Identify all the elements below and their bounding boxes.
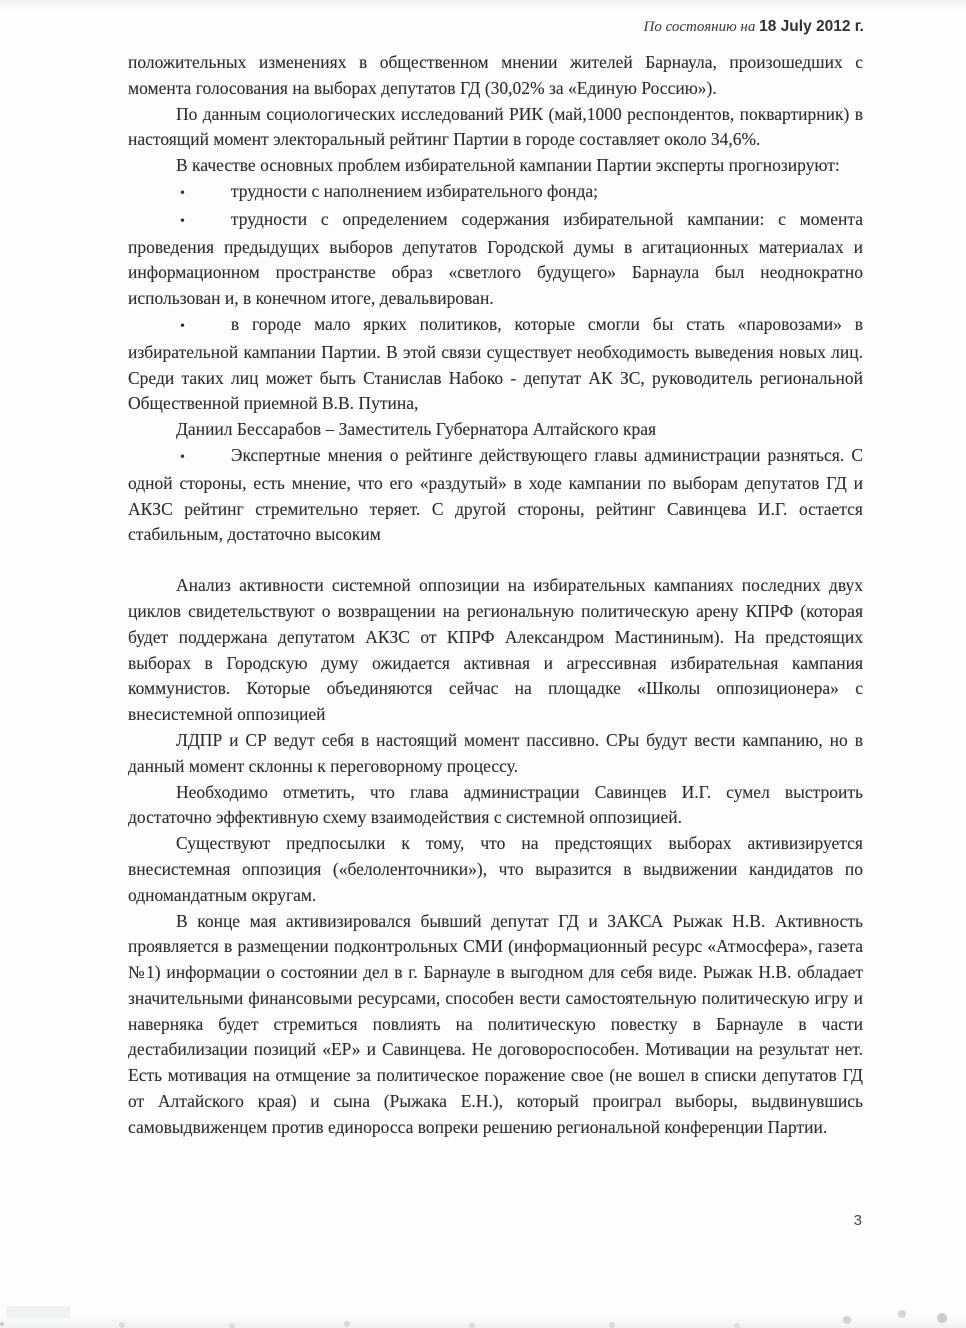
paragraph: Необходимо отметить, что глава администр… — [128, 780, 863, 832]
bullet-item: •трудности с определением содержания изб… — [128, 207, 863, 312]
paragraph-text: Экспертные мнения о рейтинге действующег… — [128, 445, 863, 544]
bullet-item: •в городе мало ярких политиков, которые … — [128, 312, 863, 417]
paragraph: По данным социологических исследований Р… — [128, 102, 863, 154]
paragraph: Анализ активности системной оппозиции на… — [128, 573, 863, 728]
paragraph-text: трудности с определением содержания изби… — [128, 209, 863, 308]
paragraph-text: положительных изменениях в общественном … — [128, 52, 863, 98]
paragraph-text: В качестве основных проблем избирательно… — [176, 155, 840, 175]
paragraph-text: трудности с наполнением избирательного ф… — [231, 181, 598, 201]
scan-top-edge — [0, 0, 966, 10]
paragraph: положительных изменениях в общественном … — [128, 50, 863, 102]
scanned-document-page: По состоянию на 18 July 2012 г. положите… — [0, 0, 966, 1328]
bullet-icon: • — [180, 450, 185, 465]
bullet-item: •трудности с наполнением избирательного … — [128, 179, 863, 207]
document-body: положительных изменениях в общественном … — [128, 50, 863, 1141]
paragraph-text: Анализ активности системной оппозиции на… — [128, 575, 863, 724]
paragraph-text: По данным социологических исследований Р… — [128, 104, 863, 150]
header-note: По состоянию на 18 July 2012 г. — [644, 18, 864, 36]
paragraph-text: Необходимо отметить, что глава администр… — [128, 782, 863, 828]
paragraph-text: Даниил Бессарабов – Заместитель Губернат… — [176, 419, 656, 439]
scan-bottom-edge — [0, 1314, 966, 1328]
paragraph: ЛДПР и СР ведут себя в настоящий момент … — [128, 728, 863, 780]
header-status-text: По состоянию на — [644, 19, 756, 35]
bullet-icon: • — [180, 319, 185, 334]
page-number: 3 — [854, 1212, 862, 1229]
header-date: 18 July 2012 г. — [759, 18, 864, 35]
paragraph-text: В конце мая активизировался бывший депут… — [128, 911, 863, 1137]
bullet-item: •Экспертные мнения о рейтинге действующе… — [128, 443, 863, 548]
paragraph: В конце мая активизировался бывший депут… — [128, 909, 863, 1141]
paragraph: Существуют предпосылки к тому, что на пр… — [128, 831, 863, 908]
paragraph-text: Существуют предпосылки к тому, что на пр… — [128, 833, 863, 905]
bullet-icon: • — [180, 214, 185, 229]
paragraph: В качестве основных проблем избирательно… — [128, 153, 863, 179]
paragraph: Даниил Бессарабов – Заместитель Губернат… — [128, 417, 863, 443]
bullet-icon: • — [180, 186, 185, 201]
paragraph-text: ЛДПР и СР ведут себя в настоящий момент … — [128, 730, 863, 776]
paragraph-text: в городе мало ярких политиков, которые с… — [128, 314, 863, 413]
